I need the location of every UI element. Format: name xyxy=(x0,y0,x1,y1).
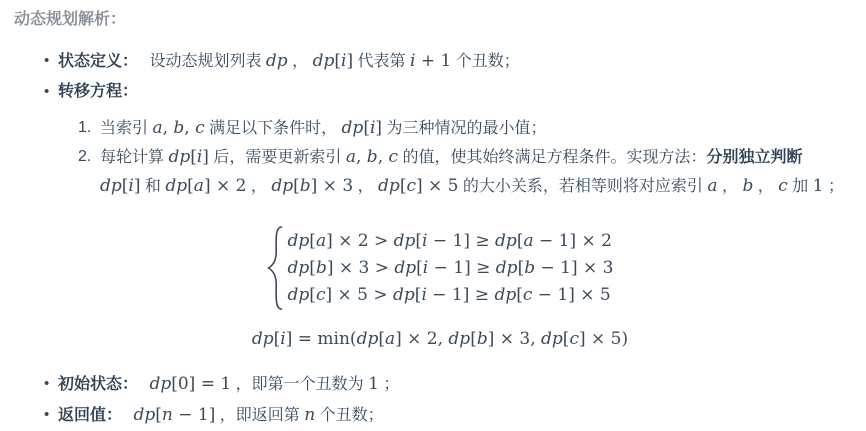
list-item-transfer-equation: 转移方程： xyxy=(14,81,866,103)
min-equation-block: dp[i] = min(dp[a] × 2, dp[b] × 3, dp[c] … xyxy=(14,326,866,353)
bullet-icon xyxy=(44,373,49,395)
bullet-icon xyxy=(44,404,49,426)
list-item-label: 转移方程： xyxy=(58,83,138,100)
cases-lines: dp[a] × 2 > dp[i − 1] ≥ dp[a − 1] × 2 dp… xyxy=(288,228,614,309)
list-item-state-definition: 状态定义： 设动态规划列表 dp ， dp[i] 代表第 i + 1 个丑数； xyxy=(14,50,866,73)
list-item-text: 设动态规划列表 dp ， dp[i] 代表第 i + 1 个丑数； xyxy=(149,53,519,70)
section-title: 动态规划解析： xyxy=(14,10,866,30)
step-number: 2. xyxy=(78,143,91,171)
step-number: 1. xyxy=(78,114,91,142)
step-item-2: 2. 每轮计算 dp[i] 后，需要更新索引 a, b, c 的值，使其始终满足… xyxy=(14,143,866,201)
step-text: 每轮计算 dp[i] 后，需要更新索引 a, b, c 的值，使其始终满足方程条… xyxy=(100,149,844,195)
bullet-icon xyxy=(44,50,49,72)
list-item-label: 初始状态： xyxy=(58,376,138,393)
min-equation: dp[i] = min(dp[a] × 2, dp[b] × 3, dp[c] … xyxy=(252,331,628,348)
case-equation-2: dp[b] × 3 > dp[i − 1] ≥ dp[b − 1] × 3 xyxy=(288,255,614,282)
cases-equation-block: dp[a] × 2 > dp[i − 1] ≥ dp[a − 1] × 2 dp… xyxy=(14,226,866,310)
condition-steps-list: 1. 当索引 a, b, c 满足以下条件时， dp[i] 为三种情况的最小值；… xyxy=(14,114,866,201)
case-equation-3: dp[c] × 5 > dp[i − 1] ≥ dp[c − 1] × 5 xyxy=(288,282,614,309)
case-equation-1: dp[a] × 2 > dp[i − 1] ≥ dp[a − 1] × 2 xyxy=(288,228,614,255)
list-item-label: 返回值： xyxy=(58,407,122,424)
list-item-text: dp[0] = 1 ，即第一个丑数为 1 ； xyxy=(149,376,399,393)
document-body: 动态规划解析： 状态定义： 设动态规划列表 dp ， dp[i] 代表第 i +… xyxy=(0,0,866,427)
list-item-return-value: 返回值： dp[n − 1] ，即返回第 n 个丑数； xyxy=(14,404,866,427)
solution-document: 动态规划解析： 状态定义： 设动态规划列表 dp ， dp[i] 代表第 i +… xyxy=(0,0,866,431)
definition-list: 状态定义： 设动态规划列表 dp ， dp[i] 代表第 i + 1 个丑数； … xyxy=(14,50,866,103)
list-item-initial-state: 初始状态： dp[0] = 1 ，即第一个丑数为 1 ； xyxy=(14,373,866,396)
step-item-1: 1. 当索引 a, b, c 满足以下条件时， dp[i] 为三种情况的最小值； xyxy=(14,114,866,143)
list-item-label: 状态定义： xyxy=(58,53,138,70)
list-item-text: dp[n − 1] ，即返回第 n 个丑数； xyxy=(133,407,383,424)
bullet-icon xyxy=(44,81,49,103)
left-brace-icon xyxy=(267,226,283,310)
summary-list: 初始状态： dp[0] = 1 ，即第一个丑数为 1 ； 返回值： dp[n −… xyxy=(14,373,866,427)
step-text: 当索引 a, b, c 满足以下条件时， dp[i] 为三种情况的最小值； xyxy=(100,120,546,137)
